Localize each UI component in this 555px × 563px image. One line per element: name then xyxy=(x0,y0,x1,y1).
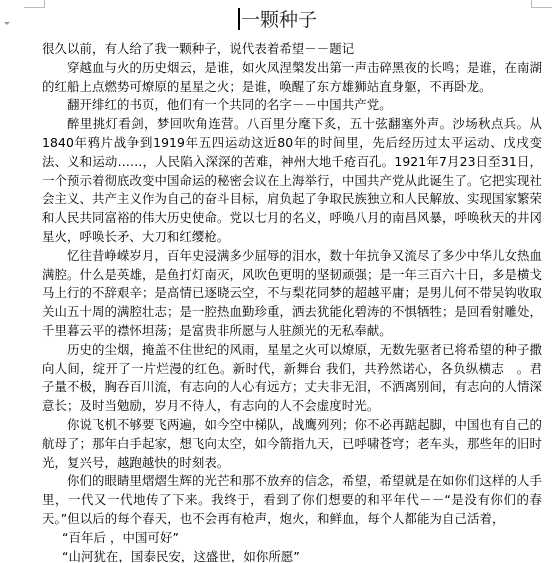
paragraph-1[interactable]: 穿越血与火的历史烟云，是谁，如火凤涅槃发出第一声击碎黑夜的长鸣；是谁，在南湖的红… xyxy=(42,59,542,97)
paragraph-4[interactable]: 忆往昔峥嵘岁月，百年史浸满多少屈辱的泪水，数十年抗争又流尽了多少中华儿女热血满腔… xyxy=(42,247,542,341)
document-body[interactable]: 很久以前，有人给了我一颗种子，说代表着希望－－题记 穿越血与火的历史烟云，是谁，… xyxy=(42,40,542,563)
paragraph-2[interactable]: 翻开绯红的书页，他们有一个共同的名字－－中国共产党。 xyxy=(42,96,542,115)
paragraph-epigraph[interactable]: 很久以前，有人给了我一颗种子，说代表着希望－－题记 xyxy=(42,40,542,59)
document-title-line[interactable]: 一颗种子 xyxy=(0,8,555,32)
page-margin-mark-top-left xyxy=(24,0,45,8)
page-margin-mark-top-right xyxy=(531,0,552,8)
text-cursor xyxy=(238,8,240,30)
paragraph-6[interactable]: 你说飞机不够要飞两遍，如今空中梯队，战鹰列列；你不必再踮起脚，中国也有自己的航母… xyxy=(42,416,542,472)
paragraph-7[interactable]: 你们的眼睛里熠熠生辉的光芒和那不放弃的信念，希望，希望就是在如你们这样的人手里，… xyxy=(42,472,542,528)
paragraph-quote-2[interactable]: “山河犹在，国泰民安，这盛世，如你所愿” xyxy=(42,548,542,563)
document-title[interactable]: 一颗种子 xyxy=(241,9,317,31)
paragraph-5[interactable]: 历史的尘烟，掩盖不住世纪的风雨，星星之火可以燎原，无数先驱者已将希望的种子撒向人… xyxy=(42,341,542,416)
paragraph-3[interactable]: 醉里挑灯看剑，梦回吹角连营。八百里分麾下炙，五十弦翻塞外声。沙场秋点兵。从184… xyxy=(42,115,542,247)
paragraph-quote-1[interactable]: “百年后 ，中国可好” xyxy=(42,529,542,548)
